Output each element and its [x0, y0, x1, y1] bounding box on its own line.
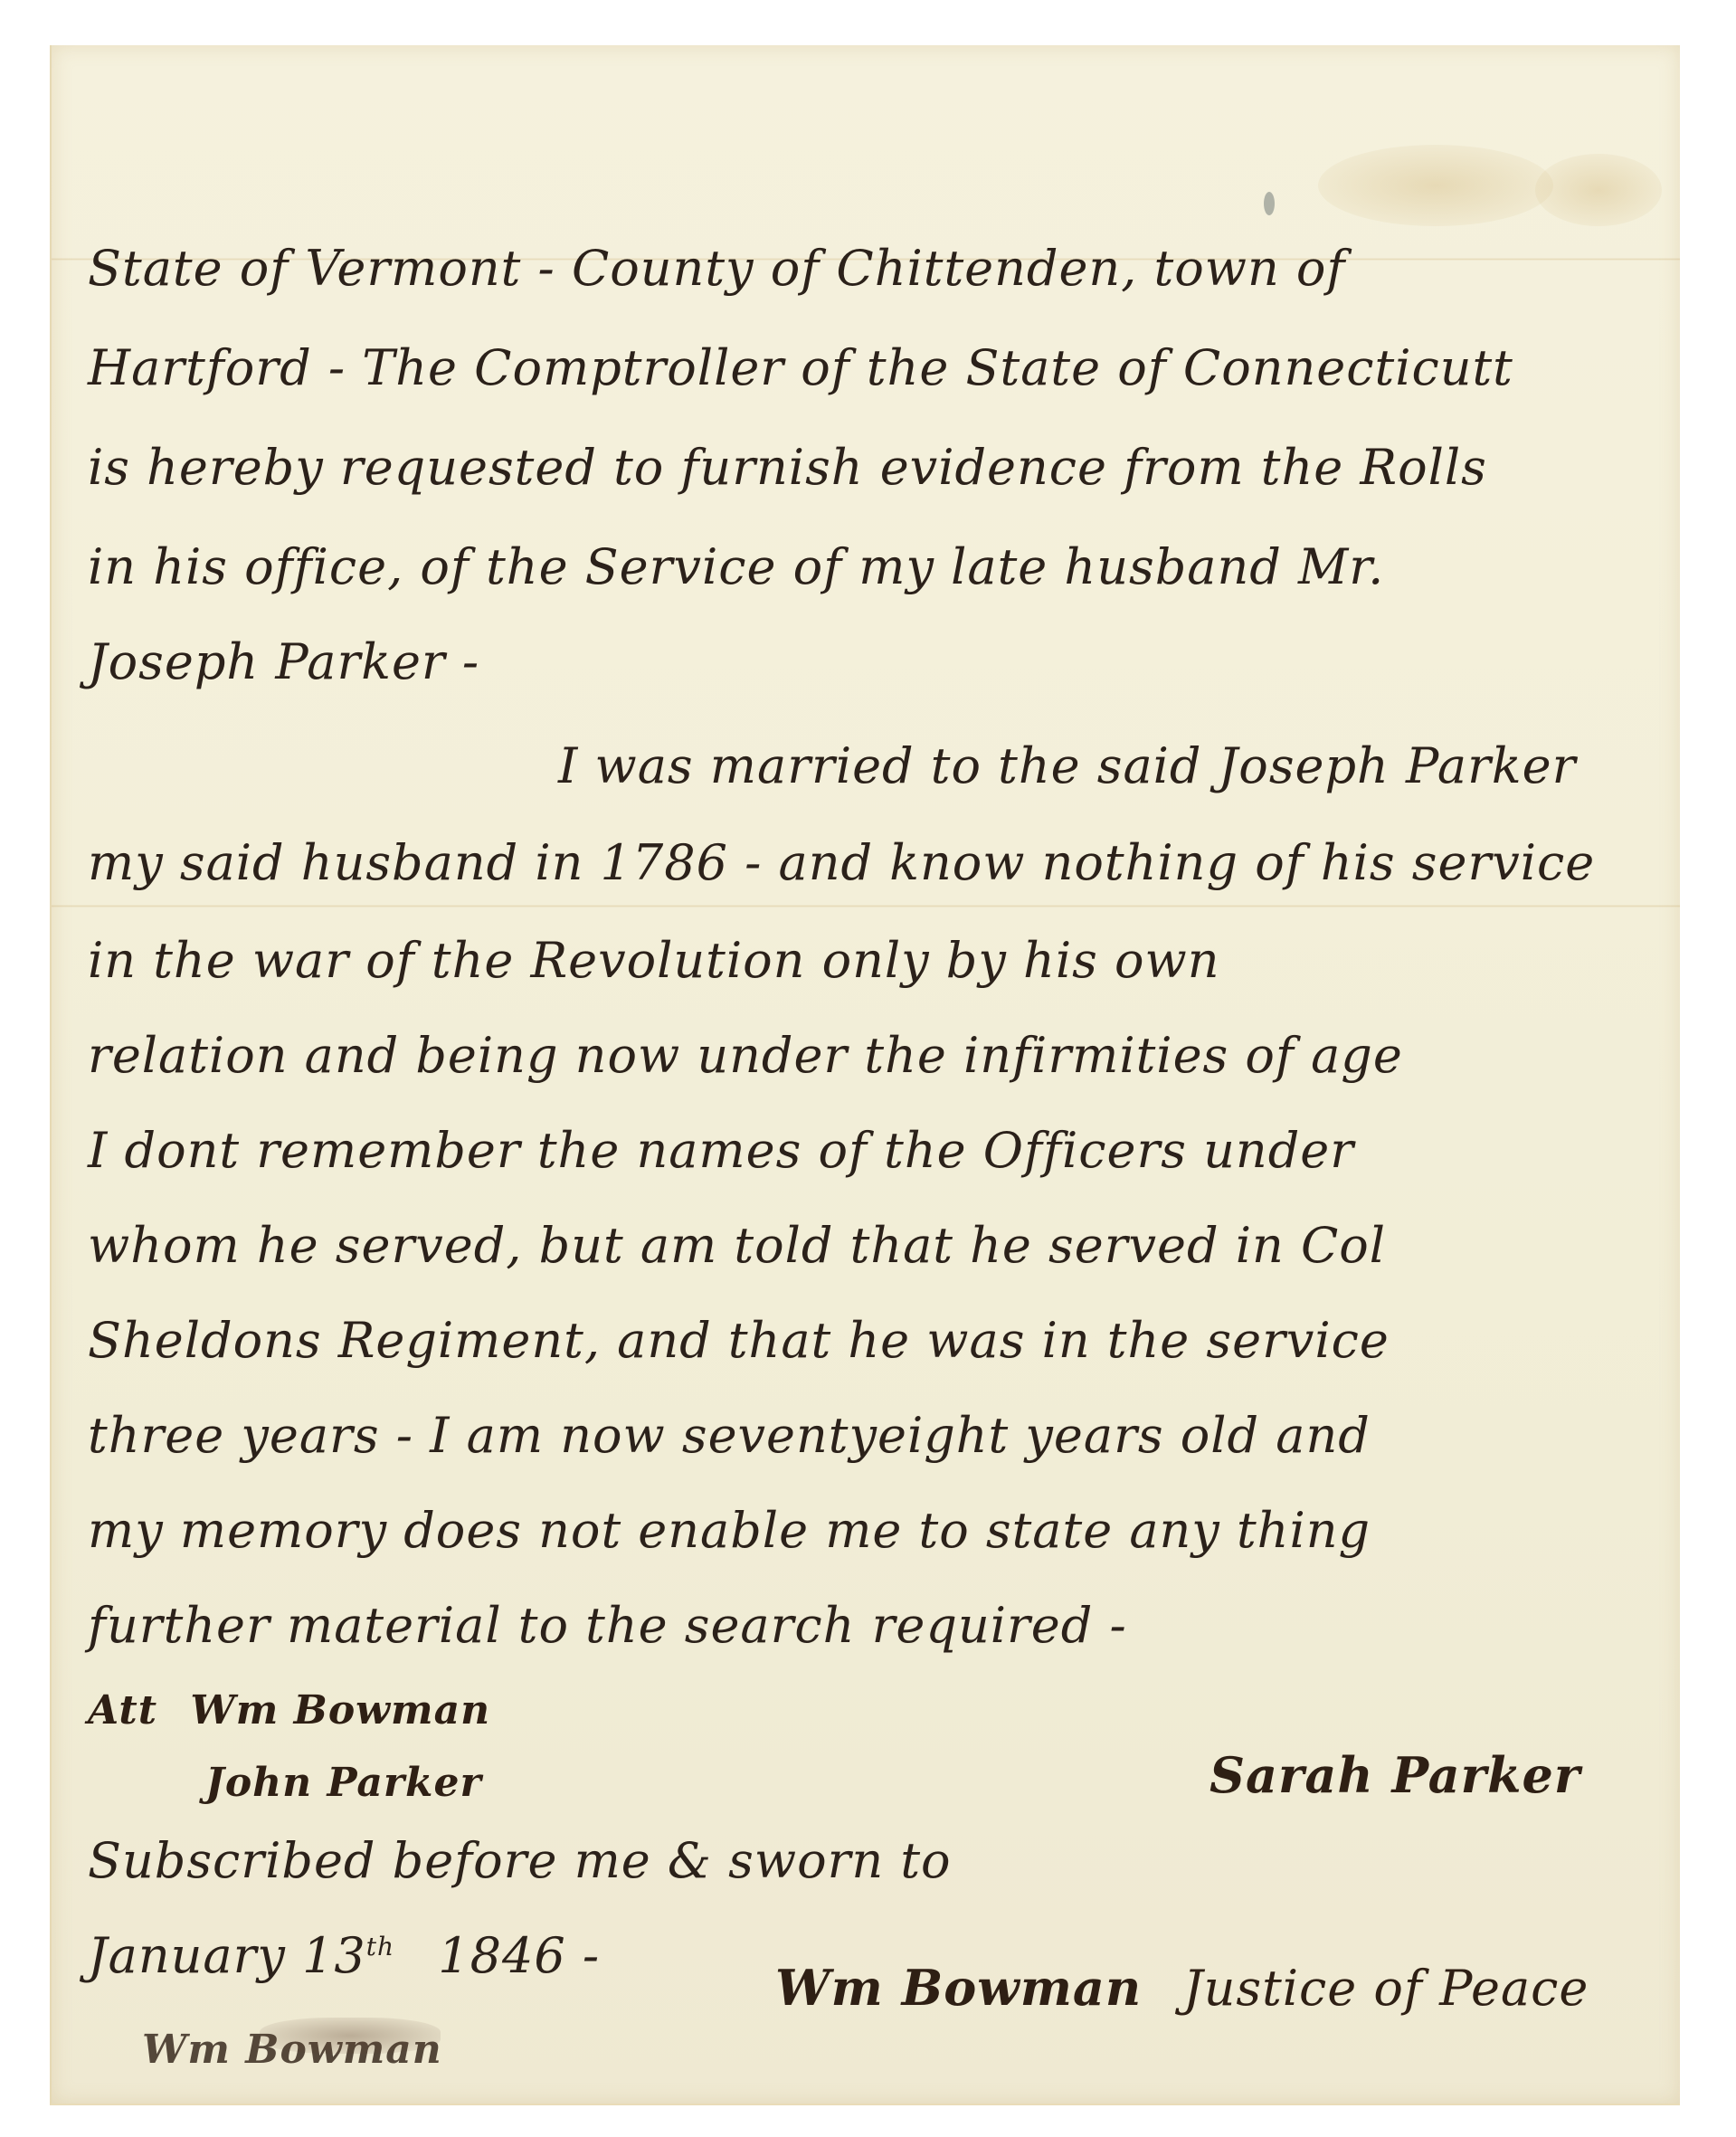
attest-label: Att	[88, 1687, 157, 1733]
text-line: I was married to the said Joseph Parker	[558, 737, 1576, 794]
text-line: State of Vermont - County of Chittenden,…	[88, 240, 1345, 297]
water-stain	[1318, 145, 1553, 226]
text-line: my said husband in 1786 - and know nothi…	[88, 834, 1595, 891]
text-line: in the war of the Revolution only by his…	[88, 932, 1220, 989]
text-line: three years - I am now seventyeight year…	[88, 1407, 1371, 1464]
text-line: I dont remember the names of the Officer…	[88, 1122, 1354, 1179]
text-line: Sheldons Regiment, and that he was in th…	[88, 1312, 1390, 1369]
witness-signature: Wm Bowman	[190, 1687, 490, 1733]
jurat-year: 1846 -	[438, 1927, 600, 1984]
ink-smudge	[260, 2018, 441, 2054]
document-paper: State of Vermont - County of Chittenden,…	[50, 45, 1680, 2105]
official-signature: Wm Bowman Justice of Peace	[775, 1959, 1589, 2017]
ink-spot	[1264, 192, 1275, 215]
jurat-date-suffix: th	[366, 1932, 394, 1961]
official-name: Wm Bowman	[775, 1959, 1142, 2017]
jurat-line: Subscribed before me & sworn to	[88, 1832, 952, 1889]
witness-signature: John Parker	[205, 1760, 482, 1806]
attest-block: Att Wm Bowman	[88, 1687, 490, 1733]
text-line: in his office, of the Service of my late…	[88, 538, 1384, 595]
text-line: Joseph Parker -	[88, 633, 479, 690]
fold-line-middle	[52, 905, 1680, 907]
text-line: is hereby requested to furnish evidence …	[88, 439, 1487, 496]
text-line: relation and being now under the infirmi…	[88, 1027, 1403, 1084]
water-stain	[1535, 154, 1662, 226]
jurat-date-text: January 13	[88, 1927, 366, 1984]
text-line: further material to the search required …	[88, 1597, 1127, 1654]
jurat-date: January 13th 1846 -	[88, 1927, 600, 1984]
text-line: whom he served, but am told that he serv…	[88, 1217, 1386, 1274]
affiant-signature: Sarah Parker	[1210, 1746, 1580, 1804]
text-line: Hartford - The Comptroller of the State …	[88, 339, 1513, 396]
official-title: Justice of Peace	[1183, 1960, 1589, 2017]
text-line: my memory does not enable me to state an…	[88, 1502, 1371, 1559]
